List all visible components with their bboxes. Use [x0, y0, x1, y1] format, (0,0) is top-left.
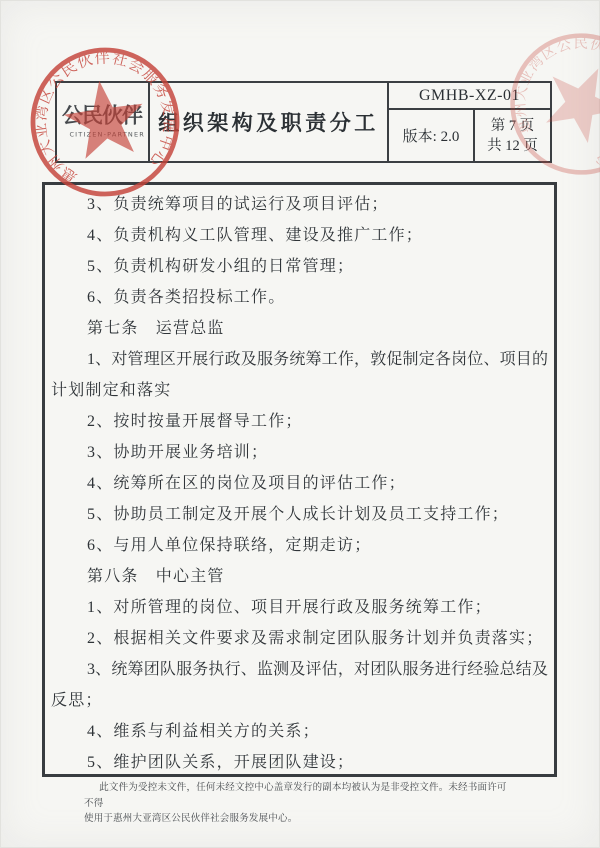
body-line: 3、负责统筹项目的试运行及项目评估；: [51, 189, 548, 220]
body-line: 反思；: [51, 685, 548, 716]
logo-wordmark: 公民伙伴: [59, 99, 145, 129]
body-line: 1、对所管理的岗位、项目开展行政及服务统筹工作；: [51, 592, 548, 623]
title-cell: 组织架构及职责分工: [150, 83, 389, 161]
body-line: 计划制定和落实: [51, 375, 548, 406]
body-line: 6、负责各类招投标工作。: [51, 282, 548, 313]
body-line: 5、负责机构研发小组的日常管理；: [51, 251, 548, 282]
version-label: 版本: 2.0: [389, 110, 475, 161]
meta-cell: GMHB-XZ-01 版本: 2.0 第 7 页 共 12 页: [389, 83, 550, 161]
body-line: 3、统筹团队服务执行、监测及评估，对团队服务进行经验总结及: [51, 654, 548, 685]
logo-subtitle: CITIZEN-PARTNER: [59, 130, 145, 138]
body-line: 2、根据相关文件要求及需求制定团队服务计划并负责落实；: [51, 623, 548, 654]
org-logo: 公民伙伴 CITIZEN-PARTNER: [59, 99, 145, 138]
body-line: 1、对管理区开展行政及服务统筹工作，敦促制定各岗位、项目的: [51, 344, 548, 375]
body-line: 4、统筹所在区的岗位及项目的评估工作；: [51, 468, 548, 499]
body-line: 第八条 中心主管: [51, 561, 548, 592]
footer-note: 此文件为受控未文件，任何未经文控中心盖章发行的副本均被认为是非受控文件。未经书面…: [84, 781, 508, 828]
page-total: 共 12 页: [487, 136, 538, 156]
scanned-document-page: 公民伙伴 CITIZEN-PARTNER 组织架构及职责分工 GMHB-XZ-0…: [0, 0, 600, 848]
page-current: 第 7 页: [491, 116, 535, 136]
body-line: 6、与用人单位保持联络，定期走访；: [51, 530, 548, 561]
doc-code: GMHB-XZ-01: [389, 83, 550, 110]
body-line: 3、协助开展业务培训；: [51, 437, 548, 468]
body-line: 5、协助员工制定及开展个人成长计划及员工支持工作；: [51, 499, 548, 530]
footer-line-1: 此文件为受控未文件，任何未经文控中心盖章发行的副本均被认为是非受控文件。未经书面…: [84, 781, 508, 812]
logo-cell: 公民伙伴 CITIZEN-PARTNER: [57, 83, 150, 161]
body-line: 5、维护团队关系，开展团队建设；: [51, 747, 548, 777]
meta-bottom-row: 版本: 2.0 第 7 页 共 12 页: [389, 110, 550, 161]
footer-line-2: 使用于惠州大亚湾区公民伙伴社会服务发展中心。: [84, 812, 508, 828]
document-body: 3、负责统筹项目的试运行及项目评估； 4、负责机构义工队管理、建设及推广工作； …: [42, 182, 557, 777]
body-line: 第七条 运营总监: [51, 313, 548, 344]
body-line: 4、负责机构义工队管理、建设及推广工作；: [51, 220, 548, 251]
page-number-cell: 第 7 页 共 12 页: [475, 110, 550, 161]
document-title: 组织架构及职责分工: [158, 107, 379, 137]
header-table: 公民伙伴 CITIZEN-PARTNER 组织架构及职责分工 GMHB-XZ-0…: [55, 81, 552, 163]
body-line: 2、按时按量开展督导工作；: [51, 406, 548, 437]
body-line: 4、维系与利益相关方的关系；: [51, 716, 548, 747]
